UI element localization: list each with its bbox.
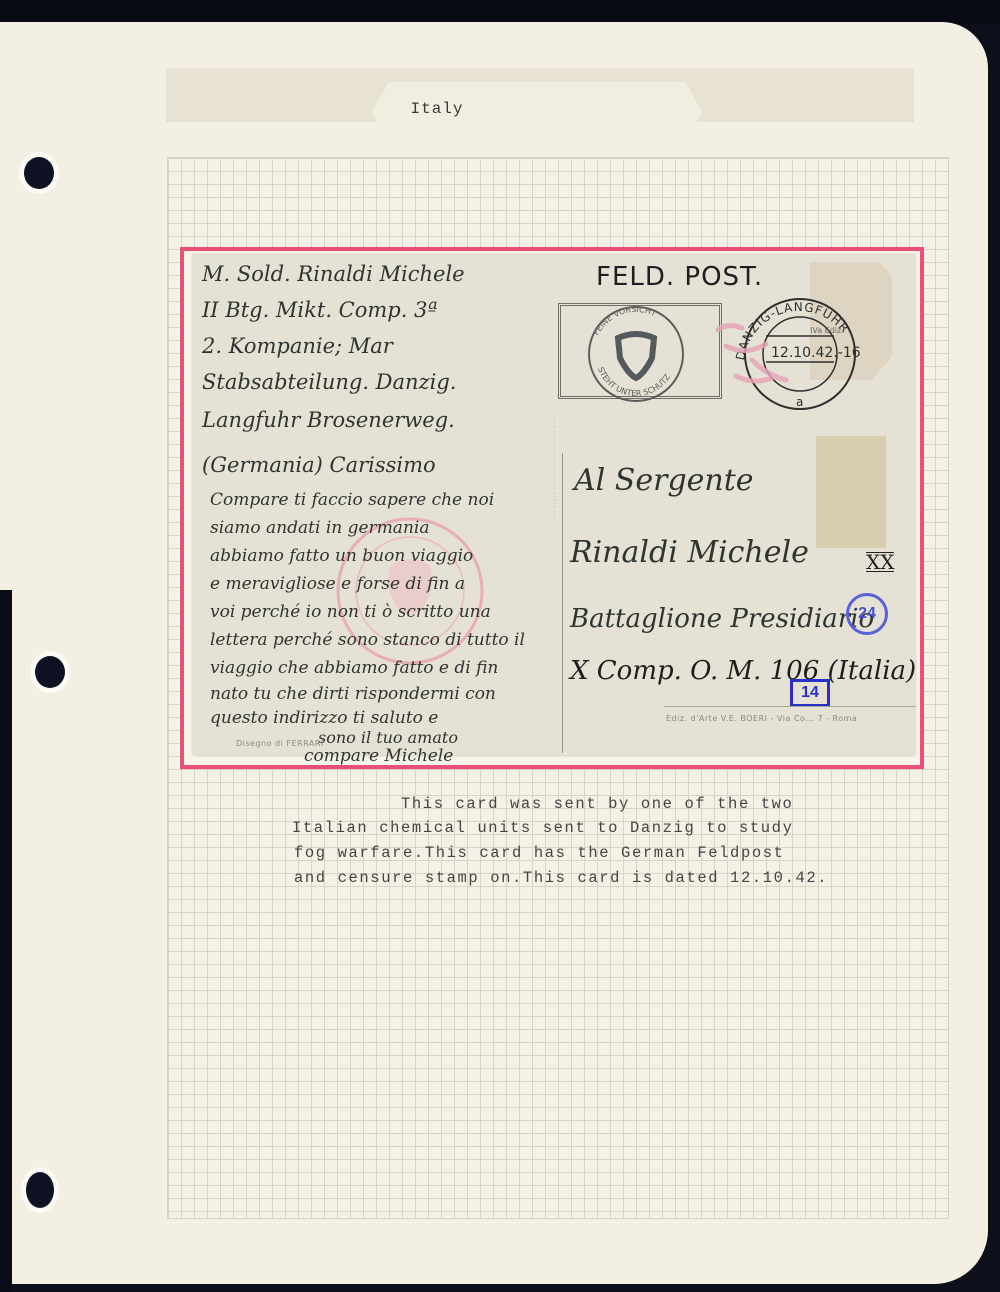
card-vertical-imprint: · · · · · · · · · · · · · · · · · · · · … <box>552 419 559 520</box>
red-censor-mark <box>712 316 802 396</box>
recipient-line: Al Sergente <box>574 466 754 496</box>
message-line: abbiamo fatto un buon viaggio <box>210 548 473 565</box>
sender-line: Stabsabteilung. Danzig. <box>202 372 456 393</box>
sender-line: (Germania) Carissimo <box>202 455 436 476</box>
message-line: nato tu che dirti rispondermi con <box>210 686 496 703</box>
message-line: Compare ti faccio sapere che noi <box>210 492 494 509</box>
message-line: questo indirizzo ti saluto e <box>210 710 438 727</box>
caption-line: and censure stamp on.This card is dated … <box>294 869 828 887</box>
eagle-shield-cachet-icon: FEINE VORSICHT STEHT UNTER SCHUTZ <box>580 300 690 404</box>
svg-text:a: a <box>796 395 803 409</box>
censor-number-circle: 24 <box>846 593 888 635</box>
message-line: viaggio che abbiamo fatto e di fin <box>210 660 498 677</box>
recipient-line: X Comp. O. M. 106 (Italia) <box>570 658 916 684</box>
postcard-divider <box>562 453 563 753</box>
message-line: lettera perché sono stanco di tutto il <box>210 632 525 649</box>
caption-line: fog warfare.This card has the German Fel… <box>294 844 785 862</box>
sender-line: M. Sold. Rinaldi Michele <box>202 264 465 285</box>
publisher-imprint: Ediz. d'Arte V.E. BOERI - Via Co... 7 - … <box>666 714 857 723</box>
svg-text:IVa Ediz: IVa Ediz <box>810 326 841 335</box>
svg-text:FEINE VORSICHT: FEINE VORSICHT <box>592 305 658 337</box>
caption-line: Italian chemical units sent to Danzig to… <box>292 819 793 837</box>
scan-left-edge <box>0 590 12 1292</box>
artist-credit: Disegno di FERRARI <box>236 739 324 748</box>
recipient-line: Rinaldi Michele <box>570 538 809 568</box>
imprint-rule <box>664 706 916 707</box>
binder-hole-top <box>24 157 54 189</box>
recipient-xx-mark: XX <box>866 552 894 572</box>
message-line: voi perché io non ti ò scritto una <box>210 604 491 621</box>
album-page-left-edge <box>0 22 12 592</box>
binder-hole-bottom <box>26 1172 54 1208</box>
censor-number-box: 14 <box>790 679 830 707</box>
message-line: sono il tuo amato <box>318 730 458 746</box>
binder-hole-middle <box>35 656 65 688</box>
feldpost-label: FELD. POST. <box>596 262 763 292</box>
scan-top-edge <box>0 0 1000 24</box>
recipient-line: Battaglione Presidiario <box>570 606 874 632</box>
message-signature: compare Michele <box>304 748 453 765</box>
sender-line: Langfuhr Brosenerweg. <box>202 410 455 431</box>
message-line: e meravigliose e forse di fin a <box>210 576 465 593</box>
page-title: Italy <box>372 100 502 118</box>
message-line: siamo andati in germania <box>210 520 429 537</box>
removed-label-patch <box>816 436 886 548</box>
caption-line: This card was sent by one of the two <box>401 795 793 813</box>
sender-line: II Btg. Mikt. Comp. 3ª <box>202 300 437 321</box>
sender-line: 2. Kompanie; Mar <box>202 336 393 357</box>
